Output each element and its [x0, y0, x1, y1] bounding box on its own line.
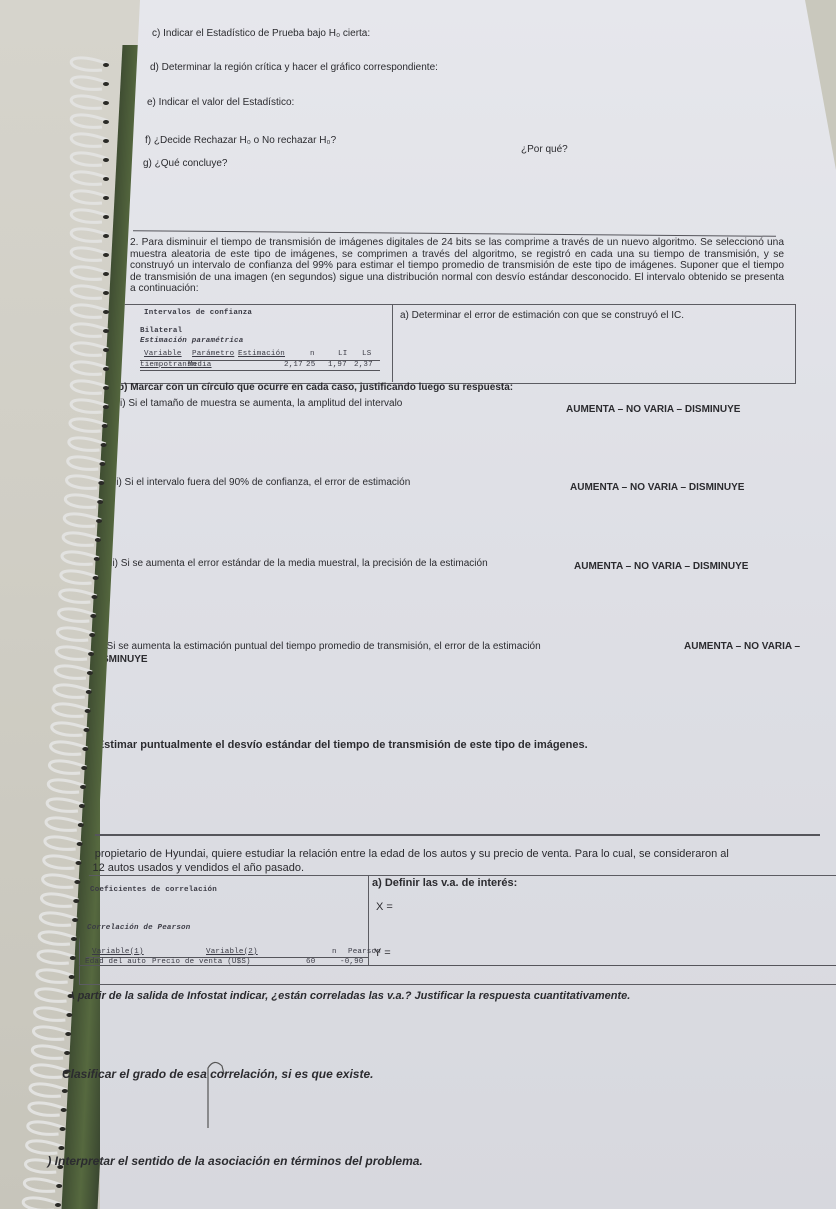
ex1-item-f-why: ¿Por qué?	[521, 144, 568, 155]
ex1-item-f: f) ¿Decide Rechazar H₀ o No rechazar H₀?	[145, 135, 336, 146]
ex2-header-variable: Variable	[144, 350, 182, 358]
ex3-item-a-x: X =	[376, 901, 393, 913]
ex2-output-method: Estimación paramétrica	[140, 337, 243, 345]
ex1-item-c: c) Indicar el Estadístico de Prueba bajo…	[152, 28, 370, 39]
exam-sheet: c) Indicar el Estadístico de Prueba bajo…	[100, 0, 836, 1209]
ex3-item-a: a) Definir las v.a. de interés:	[372, 877, 517, 889]
ex2-header-li: LI	[338, 350, 347, 358]
ex2-output-type: Bilateral	[140, 327, 182, 335]
ex2-statement: 2. Para disminuir el tiempo de transmisi…	[130, 237, 784, 295]
ex2-header-estimacion: Estimación	[238, 350, 285, 358]
ex2-b-iii-text: iii) Si se aumenta el error estándar de …	[108, 558, 488, 569]
ex2-cell-parametro: Media	[188, 361, 212, 369]
ex1-item-g: g) ¿Qué concluye?	[143, 158, 228, 169]
table-rule	[140, 370, 380, 371]
ex2-item-c: c) Estimar puntualmente el desvío estánd…	[84, 739, 588, 751]
ex3-item-a-y: Y =	[374, 947, 391, 959]
ex2-header-n: n	[310, 350, 315, 358]
ex2-item-a: a) Determinar el error de estimación con…	[400, 310, 684, 321]
divider	[70, 834, 820, 836]
ex2-b-ii-text: ii) Si el intervalo fuera del 90% de con…	[114, 477, 410, 488]
ex2-header-parametro: Parámetro	[192, 350, 234, 358]
ex2-b-iv-choices-line1[interactable]: AUMENTA – NO VARIA –	[684, 641, 800, 652]
pen-mark	[200, 1058, 230, 1138]
ex3-header-var2: Variable(2)	[206, 948, 258, 956]
ex3-statement-line1: 3. El propietario de Hyundai, quiere est…	[68, 845, 729, 860]
ex3-item-d: d) Interpretar el sentido de la asociaci…	[40, 1154, 423, 1168]
ex2-cell-li: 1,97	[328, 361, 347, 369]
ex3-statement-line2: azar 12 autos usados y vendidos el año p…	[68, 862, 304, 874]
ex3-header-n: n	[332, 948, 337, 956]
ex2-b-ii-choices[interactable]: AUMENTA – NO VARIA – DISMINUYE	[570, 482, 744, 493]
ex3-cell-var1: Edad del auto	[85, 958, 146, 966]
ex2-header-ls: LS	[362, 350, 371, 358]
divider	[133, 230, 776, 237]
ex3-output-title: Coeficientes de correlación	[90, 886, 217, 894]
ex3-cell-n: 60	[306, 958, 315, 966]
ex1-item-d: d) Determinar la región crítica y hacer …	[150, 62, 438, 73]
ex2-b-i-text: i) Si el tamaño de muestra se aumenta, l…	[120, 398, 402, 409]
ex2-output-title: Intervalos de confianza	[144, 309, 252, 317]
ex2-cell-n: 25	[306, 361, 315, 369]
ex3-cell-var2: Precio de venta (U$S)	[152, 958, 251, 966]
ex2-b-i-choices[interactable]: AUMENTA – NO VARIA – DISMINUYE	[566, 404, 740, 415]
ex3-output-method: Correlación de Pearson	[87, 924, 190, 932]
ex3-cell-pearson: -0,90	[340, 958, 364, 966]
ex2-cell-ls: 2,37	[354, 361, 373, 369]
ex3-item-b: b) A partir de la salida de Infostat ind…	[54, 990, 630, 1002]
ex1-item-e: e) Indicar el valor del Estadístico:	[147, 97, 294, 108]
ex2-b-iv-text: iv)Si se aumenta la estimación puntual d…	[96, 641, 541, 652]
ex2-item-b-intro: b) Marcar con un círculo que ocurre en c…	[118, 382, 513, 393]
ex3-statement-text: El propietario de Hyundai, quiere estudi…	[79, 848, 729, 860]
ex2-cell-estimacion: 2,17	[284, 361, 303, 369]
ex2-b-iii-choices[interactable]: AUMENTA – NO VARIA – DISMINUYE	[574, 561, 748, 572]
ex3-header-var1: Variable(1)	[92, 948, 144, 956]
